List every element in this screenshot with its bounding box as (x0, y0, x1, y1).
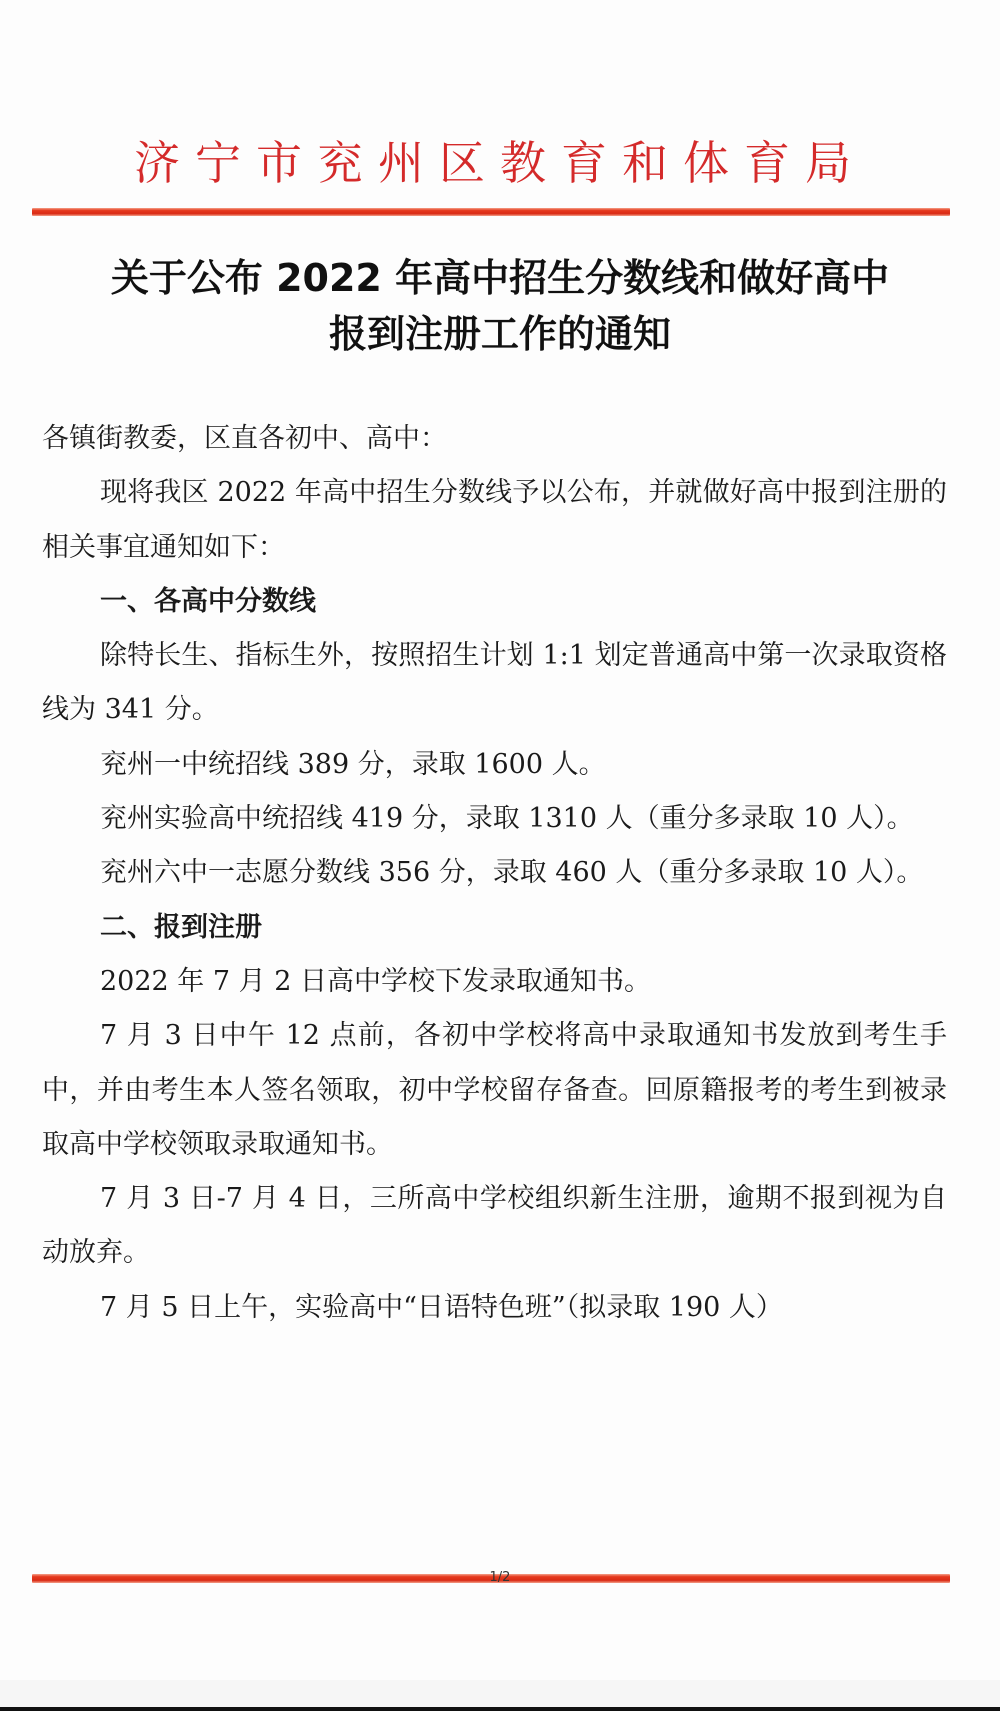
document-body: 各镇街教委，区直各初中、高中： 现将我区 2022 年高中招生分数线予以公布，并… (42, 412, 947, 1335)
section-1-paragraph: 除特长生、指标生外，按照招生计划 1:1 划定普通高中第一次录取资格线为 341… (42, 629, 947, 738)
salutation: 各镇街教委，区直各初中、高中： (42, 412, 947, 466)
intro-paragraph: 现将我区 2022 年高中招生分数线予以公布，并就做好高中报到注册的相关事宜通知… (42, 466, 947, 575)
section-2-heading: 二、报到注册 (42, 901, 947, 955)
header-red-rule (32, 208, 950, 216)
page-number: 1/2 (470, 1570, 530, 1585)
title-line-2: 报到注册工作的通知 (0, 306, 1000, 362)
section-2-paragraph: 7 月 3 日-7 月 4 日，三所高中学校组织新生注册，逾期不报到视为自动放弃… (42, 1172, 947, 1281)
section-1-paragraph: 兖州实验高中统招线 419 分，录取 1310 人（重分多录取 10 人）。 (42, 792, 947, 846)
bottom-edge-bar (0, 1707, 1000, 1711)
organization-header: 济宁市兖州区教育和体育局 (0, 127, 1000, 193)
section-2-paragraph: 2022 年 7 月 2 日高中学校下发录取通知书。 (42, 955, 947, 1009)
section-1-paragraph: 兖州一中统招线 389 分，录取 1600 人。 (42, 738, 947, 792)
section-2-paragraph: 7 月 3 日中午 12 点前，各初中学校将高中录取通知书发放到考生手中，并由考… (42, 1009, 947, 1172)
document-title: 关于公布 2022 年高中招生分数线和做好高中 报到注册工作的通知 (0, 250, 1000, 362)
document-page: 济宁市兖州区教育和体育局 关于公布 2022 年高中招生分数线和做好高中 报到注… (0, 0, 1000, 1711)
section-2-paragraph: 7 月 5 日上午，实验高中“日语特色班”（拟录取 190 人） (42, 1281, 947, 1335)
section-1-heading: 一、各高中分数线 (42, 575, 947, 629)
bottom-margin (0, 1680, 1000, 1708)
section-1-paragraph: 兖州六中一志愿分数线 356 分，录取 460 人（重分多录取 10 人）。 (42, 846, 947, 900)
title-line-1: 关于公布 2022 年高中招生分数线和做好高中 (0, 250, 1000, 306)
